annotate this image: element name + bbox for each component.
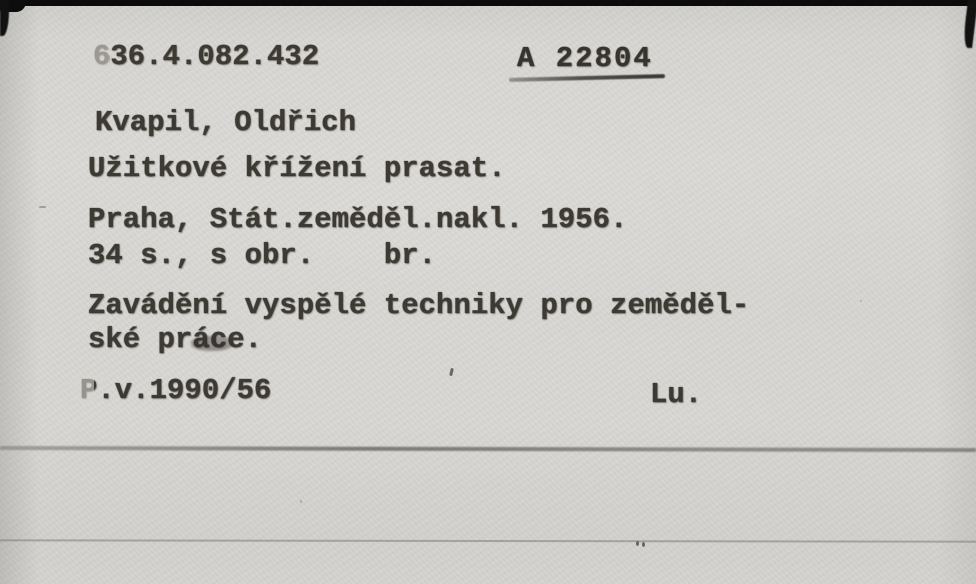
call-number: 636.4.082.432 [93,42,319,72]
ink-speck [642,542,645,547]
cataloguer-initials: Lu. [650,380,702,410]
horizontal-rule-dark [0,446,976,452]
catalog-card: 636.4.082.432 A 22804 Kvapil, Oldřich Už… [0,0,976,584]
scan-edge-left-mark [0,0,9,36]
series-line-1: Zavádění vyspělé techniky pro zeměděl- [88,291,749,321]
ink-speck [860,300,862,302]
collation-line: 34 s., s obr. br. [88,241,436,271]
horizontal-rule-faint [0,539,976,542]
ink-speck [300,500,302,503]
series-line-2: ské práce. [88,325,262,355]
overstrike-smudge [191,336,233,351]
scan-edge-top [0,0,976,6]
accession-underline [509,74,665,82]
title-line: Užitkové křížení prasat. [88,154,506,184]
ink-speck [636,541,639,546]
ink-speck [449,368,454,376]
ink-speck [39,206,46,208]
accession-number: A 22804 [517,44,653,74]
author-line: Kvapil, Oldřich [95,108,356,138]
scan-edge-right-mark [962,0,976,48]
imprint-line: Praha, Stát.zeměděl.nakl. 1956. [88,205,628,235]
record-number: P.v.1990/56 [80,376,271,406]
